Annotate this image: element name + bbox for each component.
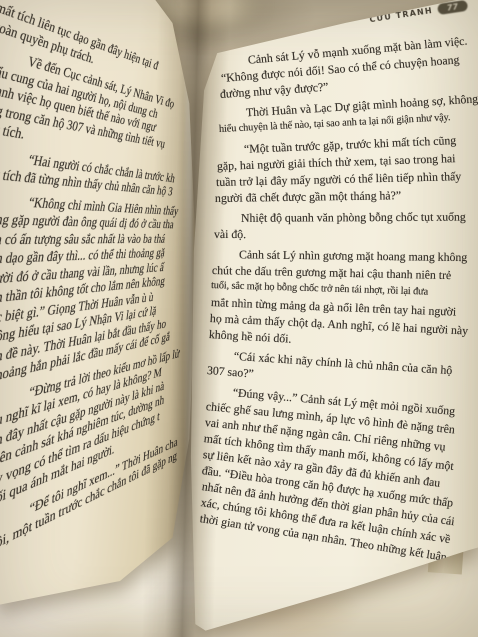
series-title: CỬU TRANH	[369, 6, 433, 24]
text-line: Nhiệt độ quanh văn phòng bỗng chốc tụt x…	[215, 208, 478, 226]
right-page: CỬU TRANH 77 Cảnh sát Lý vỗ mạnh xuống m…	[188, 0, 478, 637]
right-page-shadow: CỬU TRANH 77 Cảnh sát Lý vỗ mạnh xuống m…	[0, 0, 478, 637]
page-header: CỬU TRANH 77	[369, 0, 468, 25]
text-line: vài độ.	[214, 226, 478, 243]
book-photo: mất tích liên tục dạo gần đây hiện tại đ…	[0, 0, 478, 637]
page-number-badge: 77	[437, 0, 468, 15]
right-page-text: Cảnh sát Lý vỗ mạnh xuống mặt bàn làm vi…	[188, 50, 478, 526]
text-line: người đã chết được gần một tháng hả?”	[215, 186, 478, 206]
